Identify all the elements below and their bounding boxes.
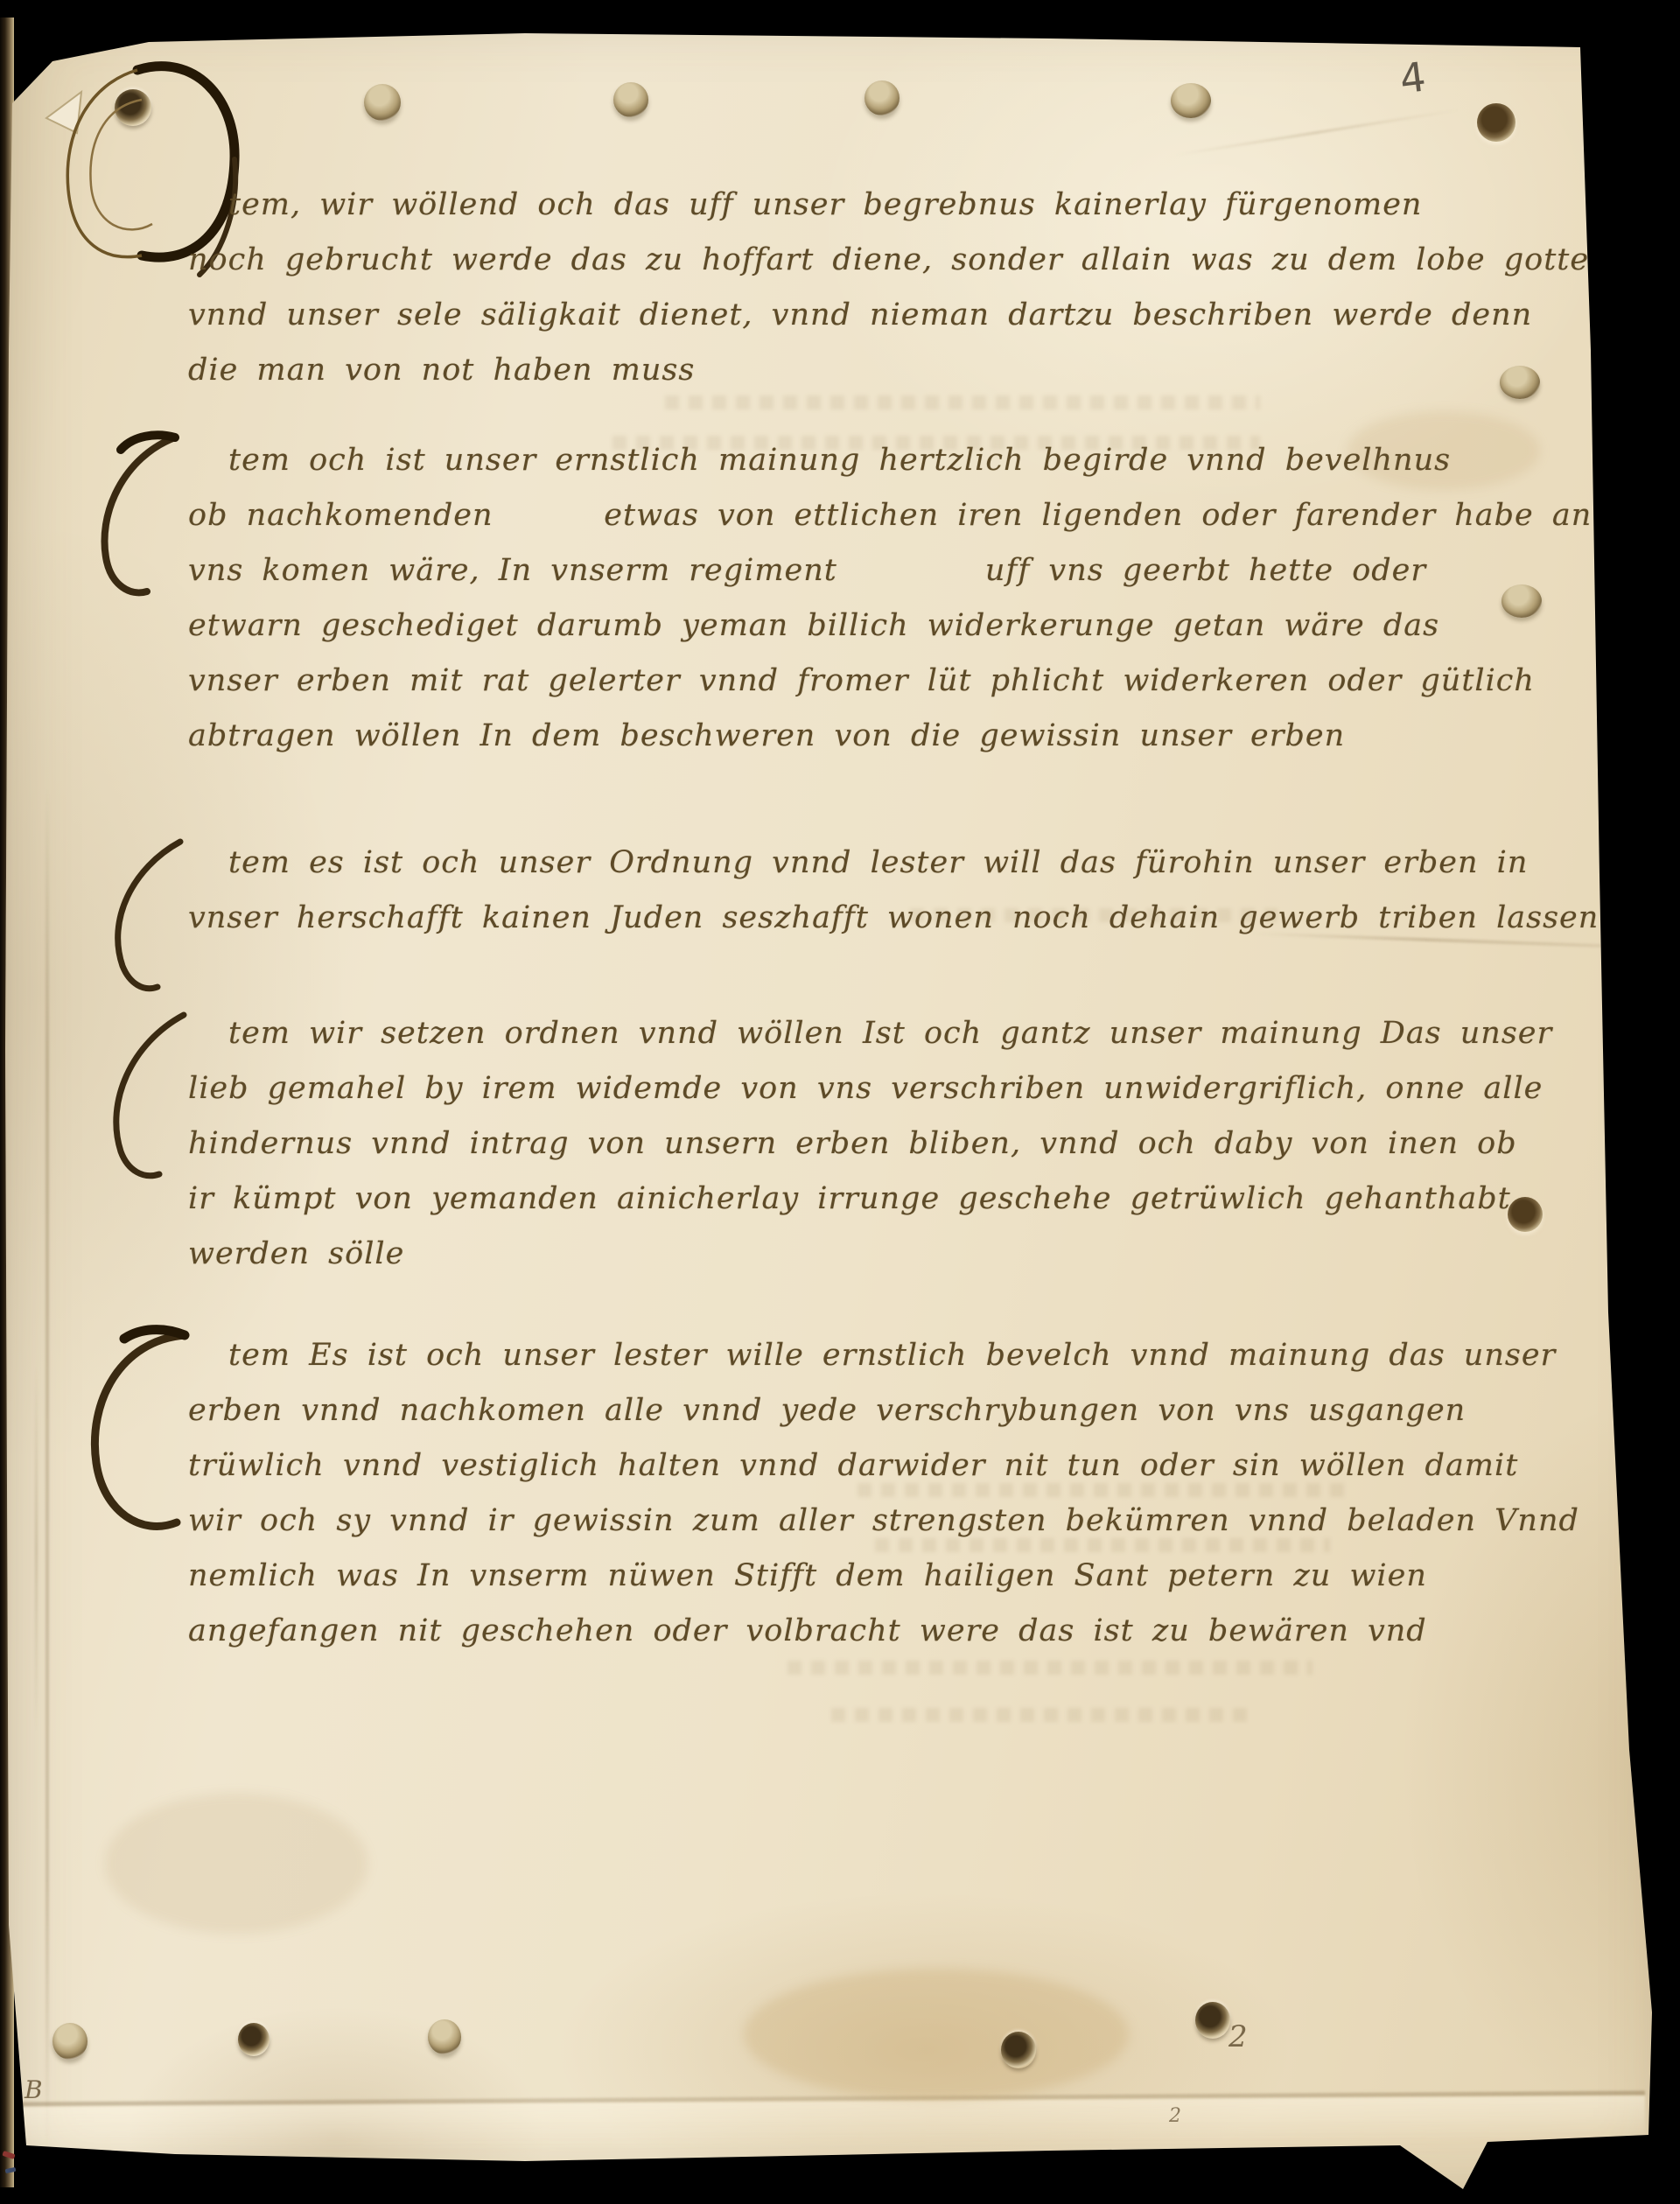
manuscript-paragraph: tem es ist och unser Ordnung vnnd lester… xyxy=(188,836,1599,946)
manuscript-photograph: { "folio_number": "4", "marks": { "botto… xyxy=(0,0,1680,2204)
manuscript-line: tem wir setzen ordnen vnnd wöllen Ist oc… xyxy=(188,1006,1552,1061)
bottom-hem-light-band xyxy=(17,2096,1645,2153)
gutter-fold-crease xyxy=(45,787,49,2152)
manuscript-line: hindernus vnnd intrag von unsern erben b… xyxy=(188,1116,1552,1172)
manuscript-paragraph: tem Es ist och unser lester wille ernstl… xyxy=(188,1328,1579,1659)
manuscript-line: vnnd unser sele säligkait dienet, vnnd n… xyxy=(188,288,1606,343)
manuscript-line: noch gebrucht werde das zu hoffart diene… xyxy=(188,233,1606,288)
manuscript-line: ob nachkomenden etwas von ettlichen iren… xyxy=(188,488,1592,543)
manuscript-line: tem Es ist och unser lester wille ernstl… xyxy=(188,1328,1579,1383)
show-through-line xyxy=(787,1661,1312,1675)
manuscript-line: vns komen wäre, In vnserm regiment uff v… xyxy=(188,543,1592,598)
manuscript-paragraph: tem och ist unser ernstlich mainung hert… xyxy=(188,433,1592,764)
punch-hole xyxy=(428,2019,461,2054)
corner-mark: 2 xyxy=(1228,2019,1248,2054)
manuscript-paragraph: tem, wir wöllend och das uff unser begre… xyxy=(188,178,1606,398)
manuscript-line: tem, wir wöllend och das uff unser begre… xyxy=(188,178,1606,233)
manuscript-paragraph: tem wir setzen ordnen vnnd wöllen Ist oc… xyxy=(188,1006,1552,1282)
manuscript-line: vnser herschafft kainen Juden seszhafft … xyxy=(188,891,1599,946)
manuscript-line: erben vnnd nachkomen alle vnnd yede vers… xyxy=(188,1383,1579,1438)
manuscript-line: lieb gemahel by irem widemde von vns ver… xyxy=(188,1061,1552,1116)
parchment-stain xyxy=(744,1969,1129,2100)
punch-hole xyxy=(115,89,151,126)
manuscript-line: nemlich was In vnserm nüwen Stifft dem h… xyxy=(188,1549,1579,1604)
manuscript-line: etwarn geschediget darumb yeman billich … xyxy=(188,598,1592,654)
manuscript-line: trüwlich vnnd vestiglich halten vnnd dar… xyxy=(188,1438,1579,1494)
show-through-line xyxy=(831,1708,1251,1722)
mid-left-wrinkle xyxy=(35,1365,38,1732)
manuscript-line: die man von not haben muss xyxy=(188,343,1606,398)
punch-hole xyxy=(52,2023,87,2060)
repair-bump xyxy=(1171,83,1211,118)
punch-hole xyxy=(864,80,899,115)
punch-hole xyxy=(613,82,648,117)
corner-mark-small: 2 xyxy=(1169,2105,1181,2127)
punch-hole xyxy=(238,2023,269,2056)
manuscript-line: tem es ist och unser Ordnung vnnd lester… xyxy=(188,836,1599,891)
manuscript-line: ir kümpt von yemanden ainicherlay irrung… xyxy=(188,1172,1552,1227)
folio-number: 4 xyxy=(1397,52,1429,102)
manuscript-line: werden sölle xyxy=(188,1227,1552,1282)
top-right-scratch xyxy=(1174,108,1459,157)
parchment-page: 4 tem, wir wöllend och das uff unser beg… xyxy=(0,0,1680,2204)
manuscript-line: tem och ist unser ernstlich mainung hert… xyxy=(188,433,1592,488)
punch-hole xyxy=(364,84,401,121)
manuscript-line: abtragen wöllen In dem beschweren von di… xyxy=(188,709,1592,764)
bottom-fold-crease xyxy=(17,2091,1645,2107)
corner-mark-left: B xyxy=(24,2075,43,2104)
punch-hole xyxy=(1195,2002,1230,2039)
manuscript-line: angefangen nit geschehen oder volbracht … xyxy=(188,1604,1579,1659)
manuscript-line: vnser erben mit rat gelerter vnnd fromer… xyxy=(188,654,1592,709)
item-initial-flourish xyxy=(72,430,203,605)
punch-hole xyxy=(1001,2032,1036,2068)
corner-tear xyxy=(42,87,86,140)
parchment-stain xyxy=(105,1794,367,1934)
worm-hole xyxy=(1477,103,1515,142)
manuscript-line: wir och sy vnnd ir gewissin zum aller st… xyxy=(188,1494,1579,1549)
